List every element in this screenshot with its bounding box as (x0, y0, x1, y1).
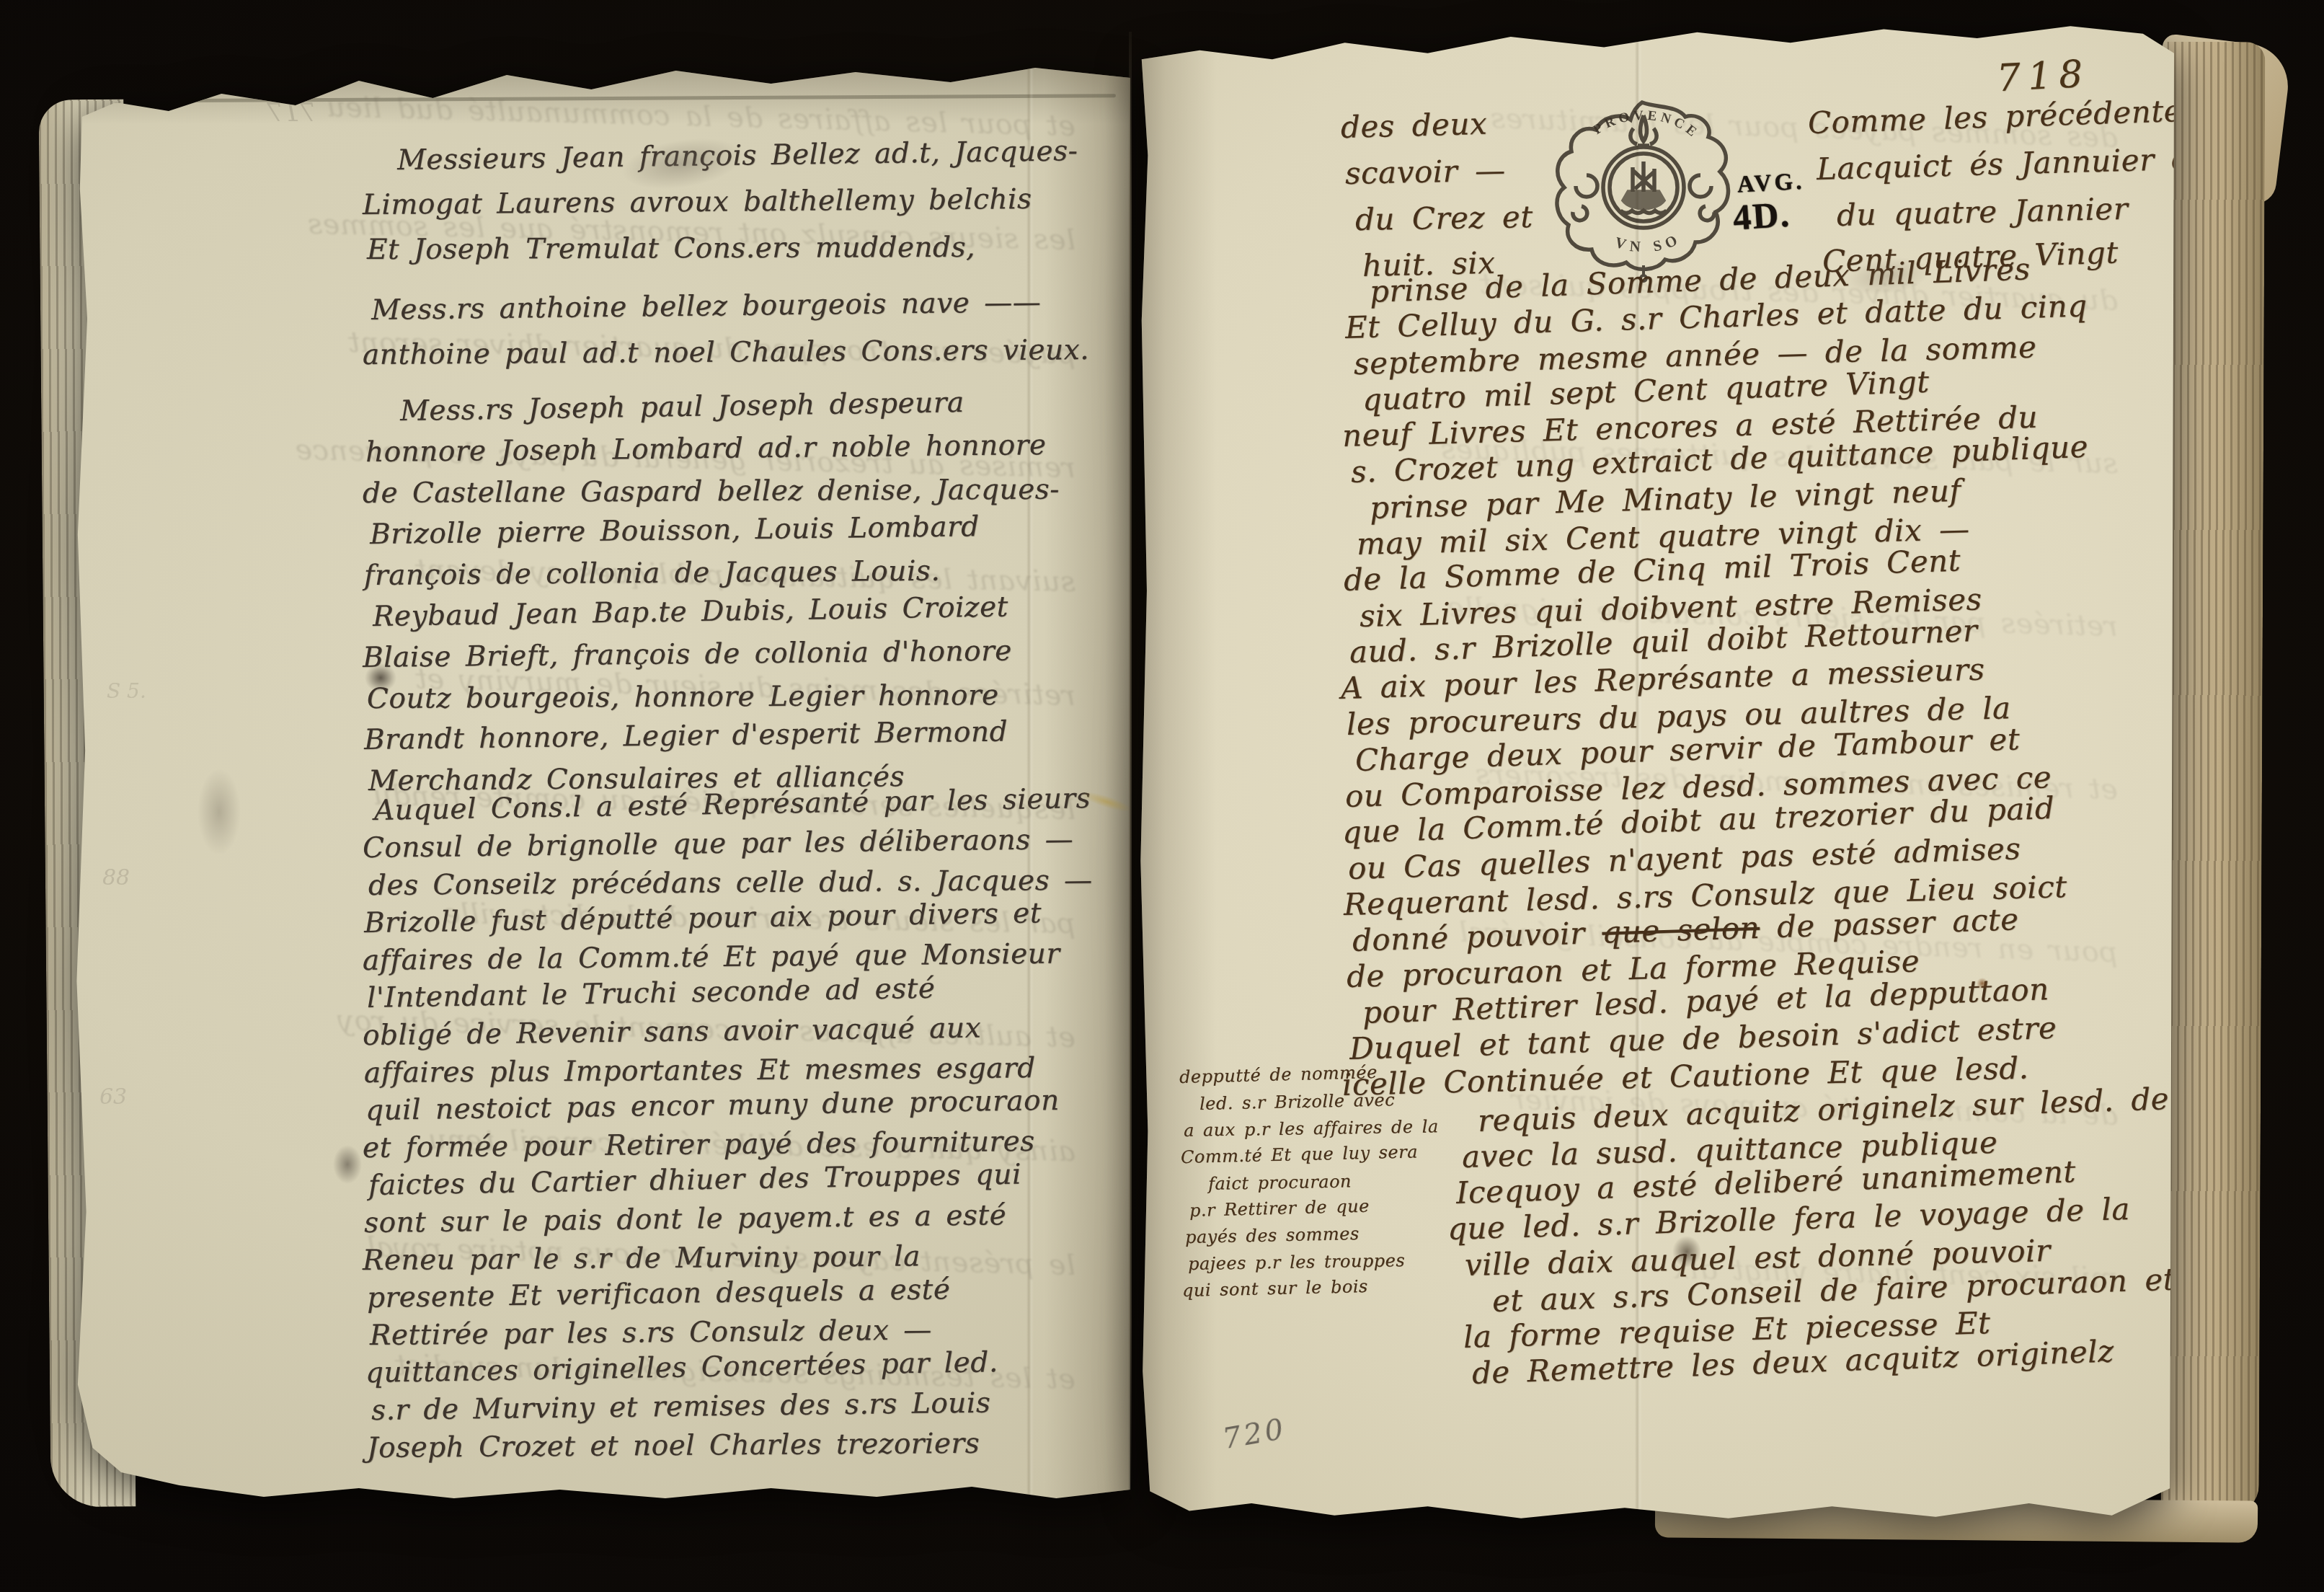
margin-ghost-mark: 88 (102, 865, 130, 890)
handwritten-line: Coutz bourgeois, honnore Legier honnore (367, 679, 999, 715)
handwritten-line: pajees p.r les trouppes (1188, 1250, 1406, 1274)
handwritten-line: scavoir — (1344, 152, 1505, 191)
handwritten-line: Comme les précédentes —— (1807, 90, 2174, 141)
handwritten-line: du Crez et (1355, 199, 1533, 237)
handwritten-line: de Castellane Gaspard bellez denise, Jac… (363, 474, 1060, 510)
handwritten-line: Joseph Crozet et noel Charles trezoriers (367, 1428, 980, 1464)
handwritten-line: Reneu par le s.r de Murviny pour la (363, 1240, 921, 1277)
handwritten-line: des Conseilz précédans celle dud. s. Jac… (368, 864, 1093, 902)
provence-tax-stamp: PROVENCE VN SOL (1550, 98, 1737, 287)
handwritten-line: led. s.r Brizolle avec (1199, 1089, 1396, 1114)
handwritten-line: a aux p.r les affaires de la (1184, 1116, 1439, 1141)
book-gutter (1129, 32, 1132, 1500)
stamp-cartouche: PROVENCE VN SOL (1550, 98, 1737, 287)
struck-out-text: que selon (1602, 910, 1760, 950)
handwritten-line: des deux (1340, 106, 1487, 145)
left-page: et pour les affaires de la communaulté d… (74, 59, 1130, 1500)
folio-number: 718 (1996, 53, 2091, 101)
stamp-duty-4d: 4D. (1731, 193, 1791, 238)
right-page-edge-stack (2161, 42, 2266, 1515)
handwritten-line: Rettirée par les s.rs Consulz deux — (370, 1314, 932, 1352)
handwritten-line: du quatre Jannier (1836, 191, 2128, 233)
handwritten-line: françois de collonia de Jacques Louis. (364, 555, 941, 592)
handwritten-line: Limogat Laurens avroux balthellemy belch… (363, 183, 1032, 221)
handwritten-line: payés des sommes (1185, 1224, 1360, 1247)
side-scroll-left-icon (1573, 175, 1597, 221)
handwritten-line: faict procuraon (1208, 1171, 1352, 1194)
margin-ghost-mark: S 5. (107, 679, 146, 703)
side-scroll-right-icon (1690, 175, 1714, 221)
handwritten-line: affaires de la Comm.té Et payé que Monsi… (363, 938, 1060, 977)
margin-ghost-mark: 63 (99, 1084, 127, 1110)
ship-icon (1620, 162, 1667, 213)
handwritten-line: Blaise Brieft, françois de collonia d'ho… (363, 635, 1012, 674)
ghost-folio-number: 717 (267, 98, 316, 128)
handwritten-line: affaires plus Importantes Et mesmes esga… (364, 1052, 1036, 1089)
handwritten-line: anthoine paul ad.t noel Chaules Cons.ers… (363, 334, 1089, 371)
handwritten-line: Et Joseph Tremulat Cons.ers muddends, (367, 231, 975, 266)
left-page-paper: et pour les affaires de la communaulté d… (74, 59, 1130, 1500)
manuscript-photo: et pour les affaires de la communaulté d… (0, 0, 2324, 1592)
handwritten-line: et formée pour Retirer payé des fournitu… (363, 1126, 1035, 1164)
right-page-paper: des sommes payées pour les fournituresdu… (1137, 20, 2174, 1521)
right-page: des sommes payées pour les fournituresdu… (1137, 20, 2174, 1521)
